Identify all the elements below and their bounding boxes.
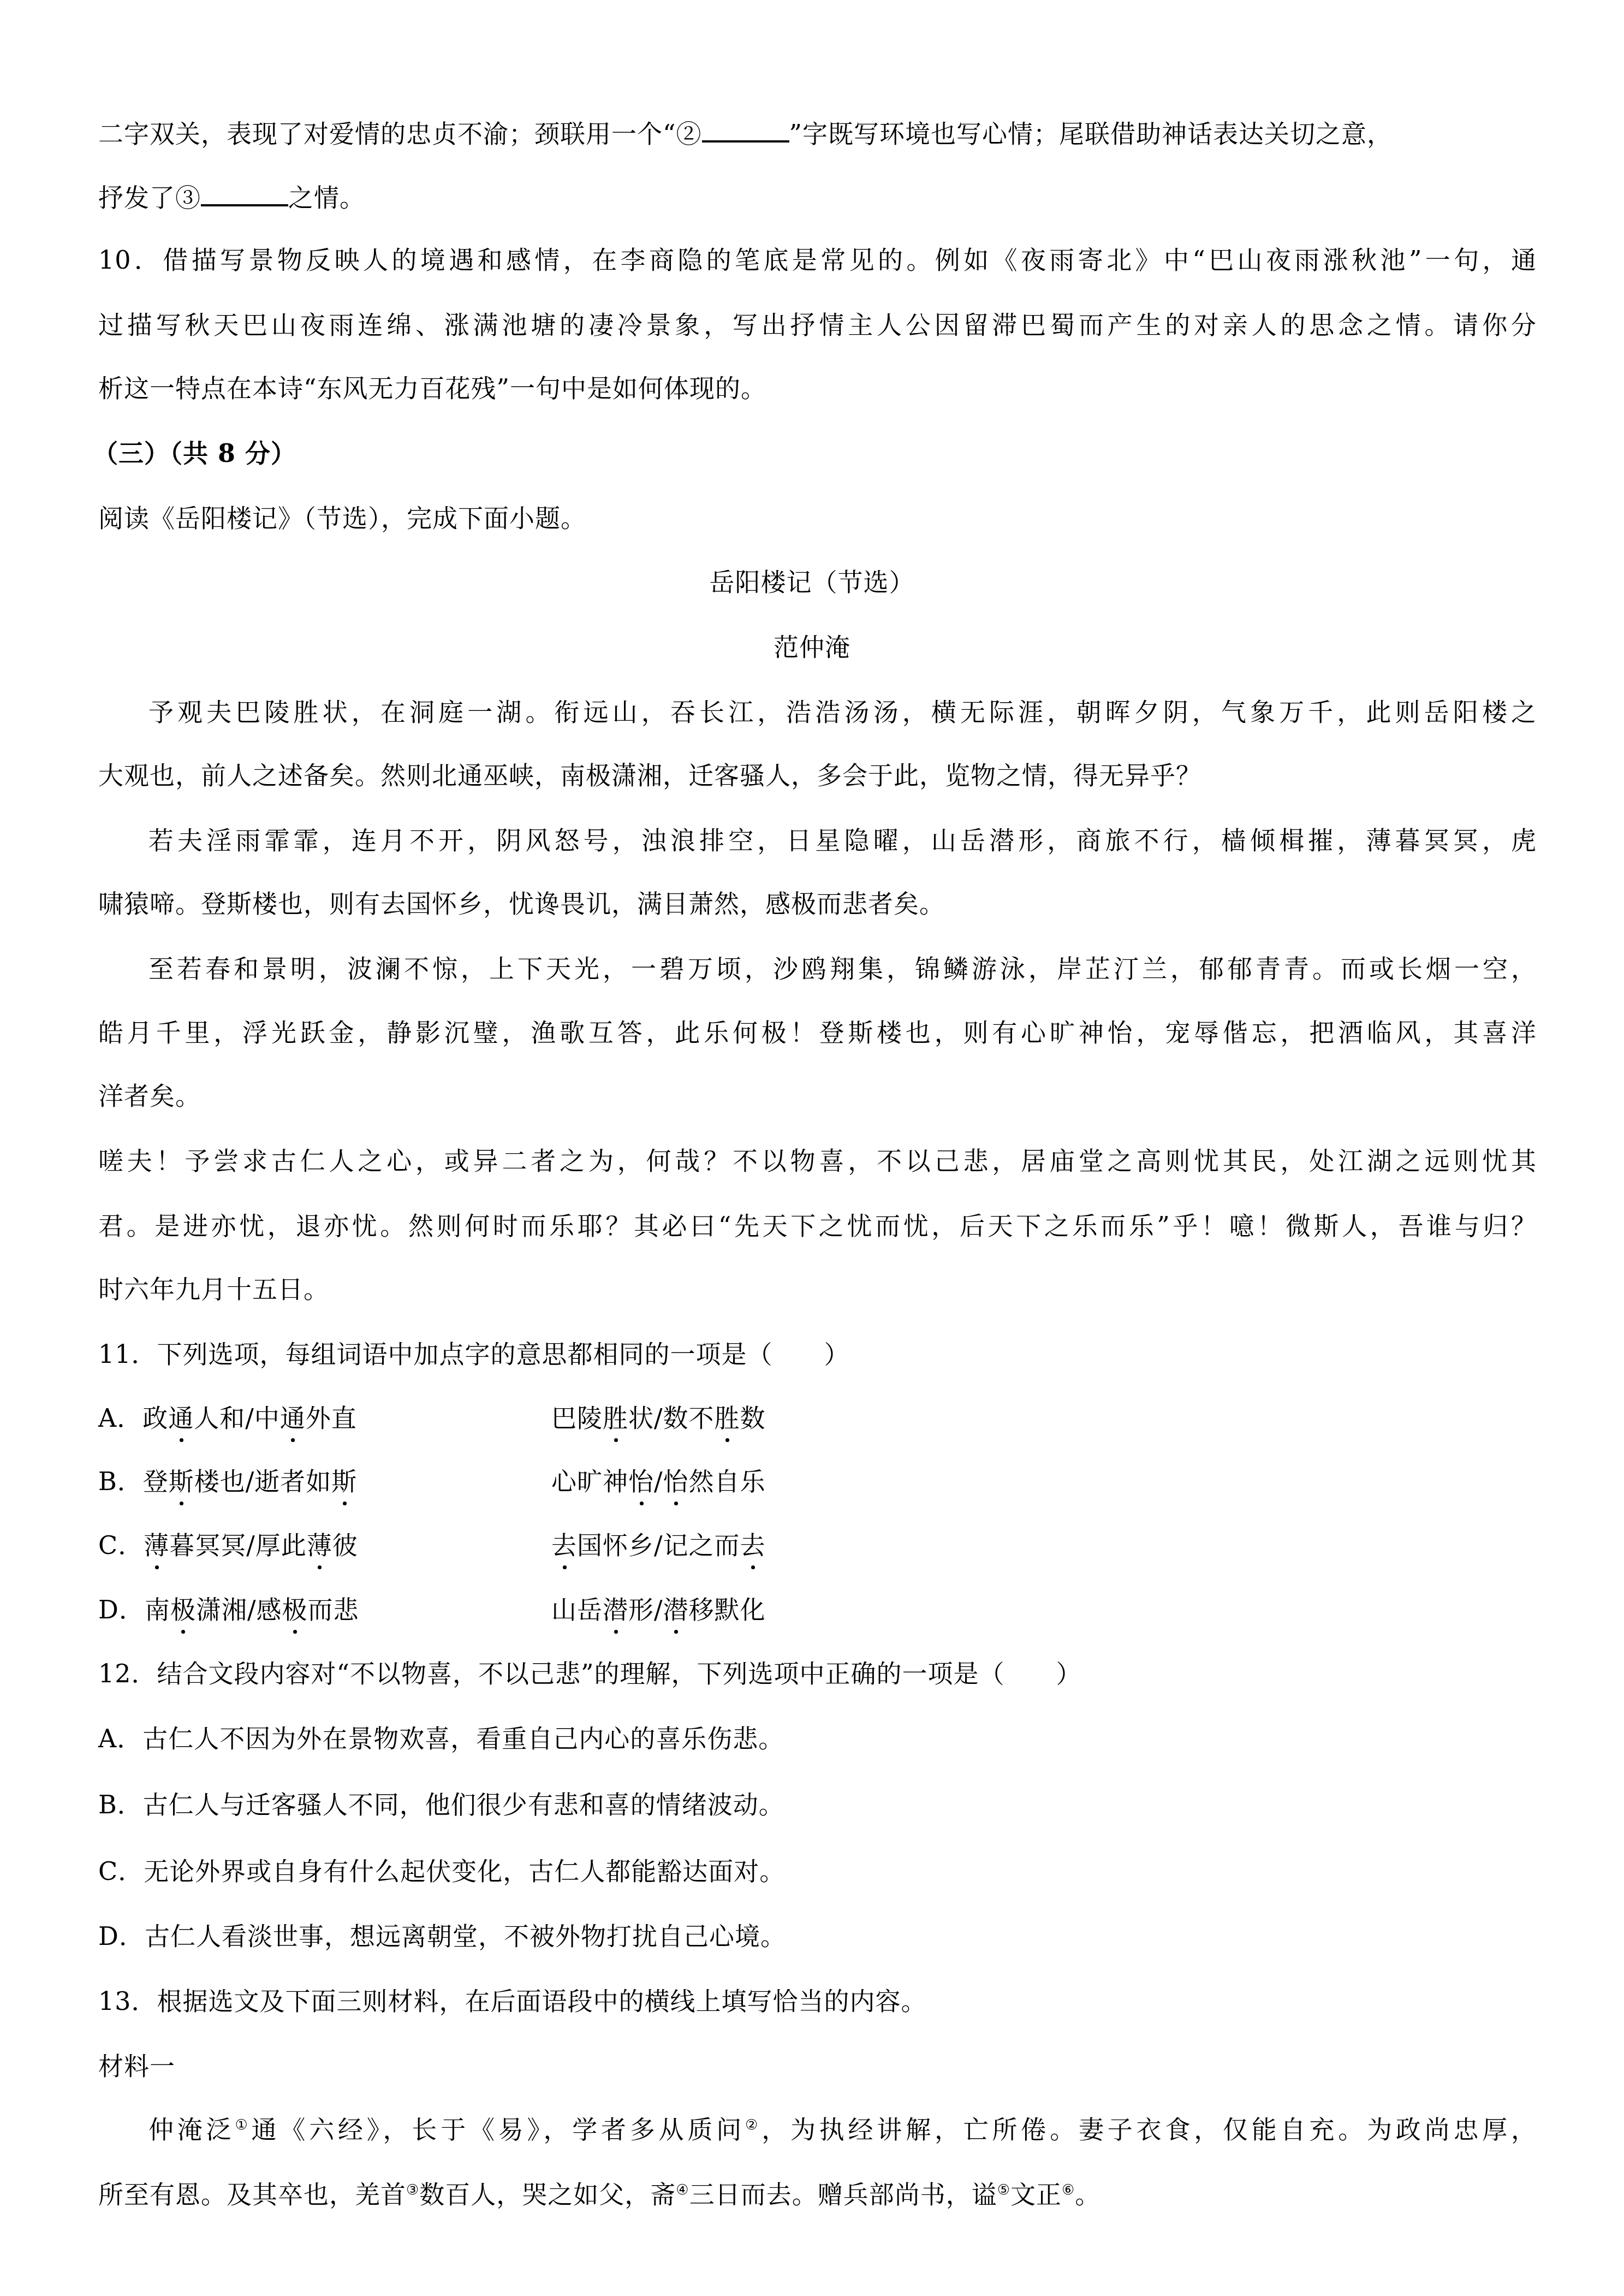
text: 。: [1075, 2180, 1100, 2209]
dotted-char: 怡: [628, 1465, 654, 1498]
text: 政: [142, 1403, 168, 1433]
material1-line-1: 仲淹泛①通《六经》，长于《易》，学者多从质问②，为执经讲解，亡所倦。妻子衣食，仅…: [148, 2113, 1537, 2146]
passage-p1-l2: 大观也，前人之述备矣。然则北通巫峡，南极潇湘，迁客骚人，多会于此，览物之情，得无…: [98, 759, 1537, 792]
text: 外直: [306, 1403, 357, 1433]
option-label: D．: [98, 1595, 145, 1624]
footnote-mark: ③: [406, 2182, 419, 2198]
q9-text: 抒发了③: [98, 183, 201, 212]
text: 数: [740, 1403, 766, 1433]
text: 彼: [332, 1530, 358, 1560]
q11-option-d-right: 山岳潜形/潜移默化: [551, 1593, 766, 1626]
section-instruction: 阅读《岳阳楼记》（节选），完成下面小题。: [98, 502, 1537, 535]
text: 国怀乡/记之而: [577, 1530, 740, 1560]
q9-text: 之情。: [288, 183, 365, 212]
q11-stem: 11．下列选项，每组词语中加点字的意思都相同的一项是（ ）: [98, 1338, 1537, 1371]
q10-line-2: 过描写秋天巴山夜雨连绵、涨满池塘的凄冷景象，写出抒情主人公因留滞巴蜀而产生的对亲…: [98, 308, 1537, 341]
passage-p4-l1: 嗟夫！予尝求古仁人之心，或异二者之为，何哉？不以物喜，不以己悲，居庙堂之高则忧其…: [98, 1144, 1537, 1177]
material1-line-2: 所至有恩。及其卒也，羌首③数百人，哭之如父，斋④三日而去。赠兵部尚书，谥⑤文正⑥…: [98, 2178, 1537, 2211]
q10-line-3: 析这一特点在本诗“东风无力百花残”一句中是如何体现的。: [98, 372, 1537, 405]
q11-option-c-right: 去国怀乡/记之而去: [551, 1529, 766, 1562]
q11-option-b-right: 心旷神怡/怡然自乐: [551, 1465, 766, 1498]
q11-option-c[interactable]: C．薄暮冥冥/厚此薄彼 去国怀乡/记之而去: [98, 1529, 1537, 1562]
footnote-mark: ⑤: [997, 2182, 1010, 2198]
footnote-mark: ①: [235, 2117, 251, 2133]
text: 移默化: [689, 1595, 766, 1624]
footnote-mark: ②: [745, 2117, 762, 2133]
passage-p4-l3: 时六年九月十五日。: [98, 1273, 1537, 1306]
text: /: [654, 1467, 663, 1496]
option-label: C．: [98, 1530, 144, 1560]
dotted-char: 去: [740, 1529, 766, 1562]
option-label: A．: [98, 1403, 142, 1433]
text: 仲淹泛: [148, 2115, 235, 2144]
text: 登: [143, 1467, 169, 1496]
dotted-char: 极: [170, 1593, 196, 1626]
passage-p3-l1: 至若春和景明，波澜不惊，上下天光，一碧万顷，沙鸥翔集，锦鳞游泳，岸芷汀兰，郁郁青…: [148, 952, 1537, 985]
text: 然自乐: [689, 1467, 766, 1496]
text: 楼也/逝者如: [194, 1467, 332, 1496]
answer-blank-3[interactable]: [201, 180, 288, 206]
text: 山岳: [551, 1595, 603, 1624]
dotted-char: 极: [282, 1593, 307, 1626]
passage-title: 岳阳楼记（节选）: [0, 566, 1624, 598]
text: 所至有恩。及其卒也，羌首: [98, 2180, 406, 2209]
q12-option-b[interactable]: B．古仁人与迁客骚人不同，他们很少有悲和喜的情绪波动。: [98, 1788, 1537, 1821]
dotted-char: 薄: [144, 1529, 169, 1562]
passage-p2-l2: 啸猿啼。登斯楼也，则有去国怀乡，忧谗畏讥，满目萧然，感极而悲者矣。: [98, 887, 1537, 920]
text: 心旷神: [551, 1467, 628, 1496]
footnote-mark: ④: [676, 2182, 689, 2198]
dotted-char: 通: [168, 1402, 194, 1434]
passage-p1-l1: 予观夫巴陵胜状，在洞庭一湖。衔远山，吞长江，浩浩汤汤，横无际涯，朝晖夕阴，气象万…: [148, 696, 1537, 728]
option-label: B．: [98, 1467, 143, 1496]
q9-text: 二字双关，表现了对爱情的忠贞不渝；颈联用一个“②: [98, 119, 702, 149]
answer-blank-2[interactable]: [702, 116, 789, 143]
text: 巴陵: [551, 1403, 603, 1433]
dotted-char: 斯: [169, 1465, 194, 1498]
footnote-mark: ⑥: [1062, 2182, 1075, 2198]
q9-line-2: 抒发了③之情。: [98, 180, 1537, 214]
dotted-char: 斯: [331, 1465, 357, 1498]
q12-stem: 12．结合文段内容对“不以物喜，不以己悲”的理解，下列选项中正确的一项是（ ）: [98, 1657, 1537, 1690]
dotted-char: 胜: [603, 1402, 628, 1434]
q11-option-b[interactable]: B．登斯楼也/逝者如斯 心旷神怡/怡然自乐: [98, 1465, 1537, 1498]
text: 而悲: [307, 1595, 359, 1624]
q11-option-d[interactable]: D．南极潇湘/感极而悲 山岳潜形/潜移默化: [98, 1593, 1537, 1626]
text: ，为执经讲解，亡所倦。妻子衣食，仅能自充。为政尚忠厚，: [762, 2115, 1537, 2144]
exam-page: 二字双关，表现了对爱情的忠贞不渝；颈联用一个“②”字既写环境也写心情；尾联借助神…: [0, 0, 1624, 2296]
dotted-char: 去: [551, 1529, 577, 1562]
q9-line-1: 二字双关，表现了对爱情的忠贞不渝；颈联用一个“②”字既写环境也写心情；尾联借助神…: [98, 116, 1537, 150]
q12-option-c[interactable]: C．无论外界或自身有什么起伏变化，古仁人都能豁达面对。: [98, 1855, 1537, 1888]
text: 通《六经》，长于《易》，学者多从质问: [252, 2115, 745, 2144]
passage-p3-l2: 皓月千里，浮光跃金，静影沉璧，渔歌互答，此乐何极！登斯楼也，则有心旷神怡，宠辱偕…: [98, 1016, 1537, 1049]
q13-stem: 13．根据选文及下面三则材料，在后面语段中的横线上填写恰当的内容。: [98, 1985, 1537, 2018]
text: 人和/中: [194, 1403, 280, 1433]
section-heading: （三）（共 8 分）: [93, 437, 1537, 470]
passage-p2-l1: 若夫淫雨霏霏，连月不开，阴风怒号，浊浪排空，日星隐曜，山岳潜形，商旅不行，樯倾楫…: [148, 824, 1537, 857]
text: 三日而去。赠兵部尚书，谥: [689, 2180, 997, 2209]
dotted-char: 怡: [663, 1465, 689, 1498]
dotted-char: 薄: [307, 1529, 332, 1562]
text: 状/数不: [628, 1403, 715, 1433]
dotted-char: 潜: [663, 1593, 689, 1626]
passage-p3-l3: 洋者矣。: [98, 1079, 1537, 1112]
dotted-char: 胜: [715, 1402, 740, 1434]
q10-line-1: 10．借描写景物反映人的境遇和感情，在李商隐的笔底是常见的。例如《夜雨寄北》中“…: [98, 244, 1537, 276]
q9-text: ”字既写环境也写心情；尾联借助神话表达关切之意，: [789, 119, 1393, 149]
passage-author: 范仲淹: [0, 631, 1624, 663]
q11-option-a-right: 巴陵胜状/数不胜数: [551, 1402, 766, 1434]
text: 文正: [1010, 2180, 1062, 2209]
text: 形/: [628, 1595, 663, 1624]
dotted-char: 通: [280, 1402, 306, 1434]
text: 数百人，哭之如父，斋: [419, 2180, 676, 2209]
q12-option-d[interactable]: D．古仁人看淡世事，想远离朝堂，不被外物打扰自己心境。: [98, 1920, 1537, 1953]
material-label: 材料一: [98, 2050, 1537, 2083]
q12-option-a[interactable]: A．古仁人不因为外在景物欢喜，看重自己内心的喜乐伤悲。: [98, 1722, 1537, 1755]
text: 南: [145, 1595, 170, 1624]
text: 暮冥冥/厚此: [169, 1530, 307, 1560]
passage-p4-l2: 君。是进亦忧，退亦忧。然则何时而乐耶？其必曰“先天下之忧而忧，后天下之乐而乐”乎…: [98, 1209, 1537, 1242]
dotted-char: 潜: [603, 1593, 628, 1626]
text: 潇湘/感: [196, 1595, 282, 1624]
q11-option-a[interactable]: A．政通人和/中通外直 巴陵胜状/数不胜数: [98, 1402, 1537, 1434]
